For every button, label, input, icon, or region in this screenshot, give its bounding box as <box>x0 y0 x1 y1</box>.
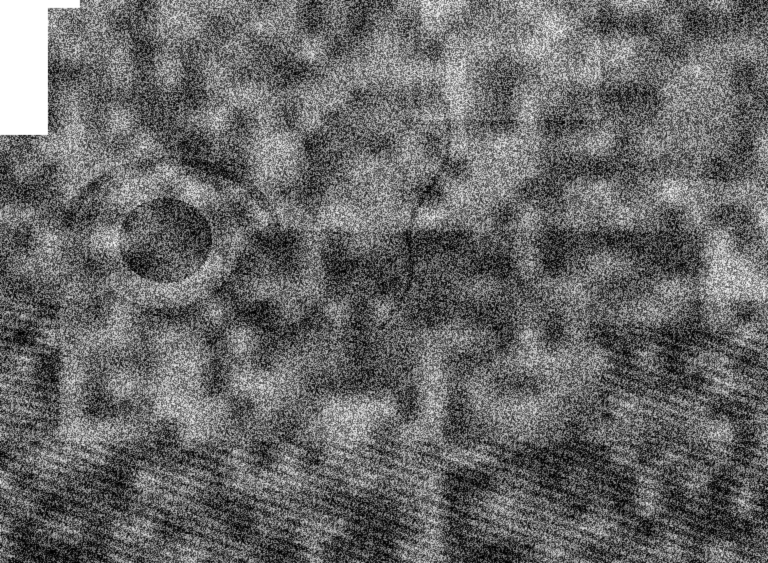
radar-image <box>0 0 768 563</box>
